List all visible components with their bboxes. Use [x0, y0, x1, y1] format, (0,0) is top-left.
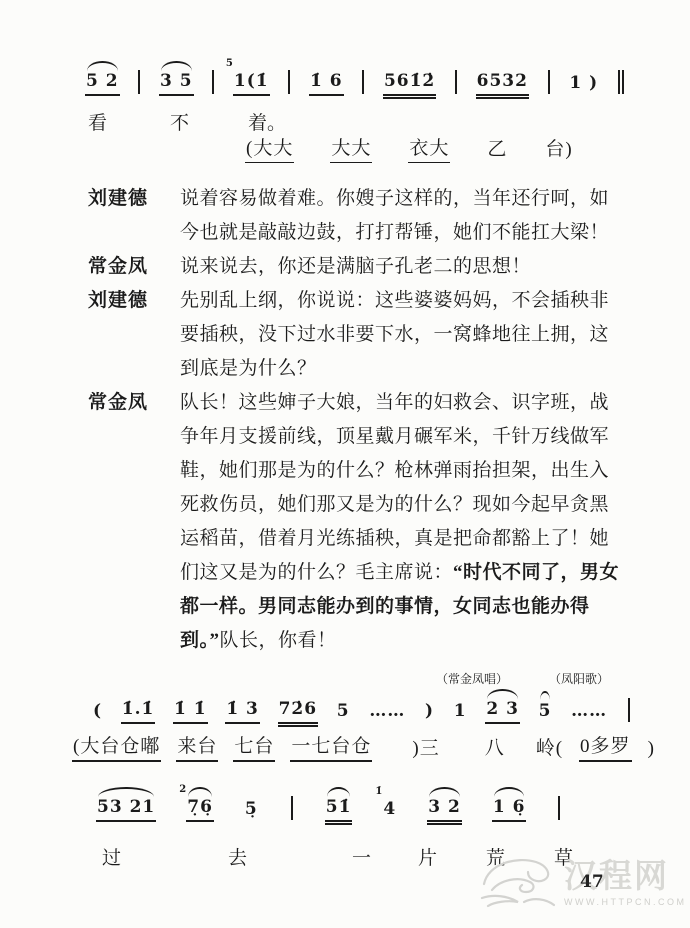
barline: [212, 70, 214, 94]
dialogue-segment-bold: 到。”: [180, 630, 220, 651]
note-group: 72̇6: [278, 700, 319, 724]
percussion-syllable: )三: [411, 738, 440, 762]
lyric-syllable: 看: [88, 108, 107, 135]
note-group: 1 6̣: [492, 798, 527, 822]
note-group: ……: [368, 702, 406, 724]
dialogue-segment: 运稻苗，借着月光练插秧，真是把命都豁上了！她: [180, 528, 609, 549]
dialogue-segment: 队长！这些婶子大娘，当年的妇救会、识字班，战: [180, 392, 609, 413]
lyric-syllable: 着。: [248, 108, 286, 135]
speaker-name: 刘建德: [88, 284, 180, 386]
percussion-syllable: 一七台仓: [290, 736, 372, 762]
note-group: 3 5: [159, 72, 194, 96]
percussion-syllable: 来台: [176, 736, 218, 762]
barline: [618, 70, 620, 94]
percussion-syllable: 0多罗: [579, 736, 632, 762]
music-line-top: 5 23 551(1̇1̇ 6561̇2̇65321 ): [85, 64, 622, 96]
dialogue-segment: 先别乱上纲，你说说：这些婆婆妈妈，不会插秧非: [180, 290, 609, 311]
music-line-bottom-2: 53 2127̣6̣5̣51̇1̇43 21 6̣: [96, 790, 562, 822]
note-group: 5 2: [85, 72, 120, 96]
page-number: 47: [580, 872, 604, 892]
percussion-syllable: 台): [544, 139, 573, 163]
note-group: 561̇2̇: [383, 72, 436, 96]
speech-text: 说着容易做着难。你嫂子这样的，当年还行呵，如今也就是敲敲边鼓，打打帮锤，她们不能…: [180, 182, 640, 250]
dialogue-segment: 说来说去，你还是满脑子孔老二的思想！: [180, 256, 531, 277]
lyric-syllable: 不: [170, 108, 189, 135]
dialogue-line: 到底是为什么？: [180, 352, 640, 386]
dialogue-line: 争年月支援前线，顶星戴月碾军米，千针万线做军: [180, 420, 640, 454]
dialogue-line: 说来说去，你还是满脑子孔老二的思想！: [180, 250, 640, 284]
percussion-syllable: 岭(: [535, 738, 564, 762]
barline: [455, 70, 457, 94]
barline: [138, 70, 140, 94]
dialogue-segment: 队长，你看！: [220, 630, 337, 651]
speaker-name: 常金凤: [88, 386, 180, 658]
dialogue-segment-bold: 都一样。男同志能办到的事情，女同志也能办得: [180, 596, 590, 617]
note-group: ): [424, 702, 435, 724]
percussion-syllable: 八: [484, 738, 506, 762]
speech-text: 先别乱上纲，你说说：这些婆婆妈妈，不会插秧非要插秧，没下过水非要下水，一窝蜂地往…: [180, 284, 640, 386]
music-line-bottom-1: (1̇.1̇1̇ 1̇1̇ 372̇65……)12 35……: [92, 692, 632, 724]
percussion-syllable: 衣大: [408, 138, 450, 163]
lyric-syllable: 一: [352, 843, 371, 870]
dialogue-segment: 到底是为什么？: [180, 358, 317, 379]
dialogue-segment: 今也就是敲敲边鼓，打打帮锤，她们不能扛大梁！: [180, 222, 609, 243]
speech: 常金凤说来说去，你还是满脑子孔老二的思想！: [88, 250, 640, 284]
note-group: 6532: [476, 72, 529, 96]
note-group: (: [92, 702, 103, 724]
note-group: 1̇4: [382, 800, 397, 822]
dialogue-line: 都一样。男同志能办到的事情，女同志也能办得: [180, 590, 640, 624]
dialogue-segment-bold: “时代不同了，男女: [453, 562, 619, 583]
percussion-syllable: ): [647, 738, 656, 762]
percussion-syllable: 大大: [330, 138, 372, 163]
barline: [288, 70, 290, 94]
note-group: 53 21: [96, 798, 156, 822]
barline: [628, 698, 630, 722]
speaker-name: 常金凤: [88, 250, 180, 284]
grace-note: 5: [226, 58, 233, 70]
speech-text: 说来说去，你还是满脑子孔老二的思想！: [180, 250, 640, 284]
grace-note: 2: [179, 784, 186, 796]
dialogue-segment: 要插秧，没下过水非要下水，一窝蜂地往上拥，这: [180, 324, 609, 345]
dialogue-segment: 鞋，她们那是为的什么？枪林弹雨抬担架，出生入: [180, 460, 609, 481]
note-group: 5̣: [244, 800, 259, 822]
score-page: 5 23 551(1̇1̇ 6561̇2̇65321 ) 看不着。 (大大大大衣…: [0, 0, 690, 928]
grace-note: 1̇: [375, 786, 382, 798]
note-group: 3 2: [427, 798, 462, 822]
dialogue-segment: 死救伤员，她们那又是为的什么？现如今起早贪黑: [180, 494, 609, 515]
singer-label: （常金凤唱）: [436, 670, 508, 687]
note-group: 1: [453, 702, 468, 724]
note-group: 2 3: [485, 700, 520, 724]
dialogue-line: 要插秧，没下过水非要下水，一窝蜂地往上拥，这: [180, 318, 640, 352]
note-group: ……: [570, 702, 608, 724]
dialogue-segment: 争年月支援前线，顶星戴月碾军米，千针万线做军: [180, 426, 609, 447]
note-group: 27̣6̣: [186, 798, 214, 822]
lyric-syllable: 过: [102, 843, 121, 870]
speech-text: 队长！这些婶子大娘，当年的妇救会、识字班，战争年月支援前线，顶星戴月碾军米，千针…: [180, 386, 640, 658]
speaker-name: 刘建德: [88, 182, 180, 250]
lyric-syllable: 去: [228, 843, 247, 870]
percussion-syllable: (大大: [245, 138, 294, 163]
percussion-line-top: (大大大大衣大乙台): [245, 138, 574, 163]
lyric-syllable: 片: [418, 843, 437, 870]
speech: 常金凤队长！这些婶子大娘，当年的妇救会、识字班，战争年月支援前线，顶星戴月碾军米…: [88, 386, 640, 658]
dragon-logo-icon: [478, 850, 562, 917]
dialogue-section: 刘建德说着容易做着难。你嫂子这样的，当年还行呵，如今也就是敲敲边鼓，打打帮锤，她…: [88, 182, 640, 658]
note-group: 1̇ 3: [225, 700, 260, 724]
note-group: 5: [538, 702, 553, 724]
dialogue-line: 运稻苗，借着月光练插秧，真是把命都豁上了！她: [180, 522, 640, 556]
dialogue-segment: 们这又是为的什么？毛主席说：: [180, 562, 453, 583]
note-group: 1 ): [568, 74, 599, 96]
note-group: 51̇: [325, 798, 353, 822]
note-group: 51(1̇: [233, 72, 270, 96]
percussion-syllable: 乙: [486, 139, 508, 163]
dialogue-line: 鞋，她们那是为的什么？枪林弹雨抬担架，出生入: [180, 454, 640, 488]
barline: [291, 796, 293, 820]
tune-label: （凤阳歌）: [549, 670, 609, 687]
dialogue-line: 到。”队长，你看！: [180, 624, 640, 658]
dialogue-line: 今也就是敲敲边鼓，打打帮锤，她们不能扛大梁！: [180, 216, 640, 250]
note-group: 1̇.1̇: [121, 700, 156, 724]
barline: [548, 70, 550, 94]
speech: 刘建德说着容易做着难。你嫂子这样的，当年还行呵，如今也就是敲敲边鼓，打打帮锤，她…: [88, 182, 640, 250]
dialogue-line: 说着容易做着难。你嫂子这样的，当年还行呵，如: [180, 182, 640, 216]
dialogue-line: 先别乱上纲，你说说：这些婆婆妈妈，不会插秧非: [180, 284, 640, 318]
speech: 刘建德先别乱上纲，你说说：这些婆婆妈妈，不会插秧非要插秧，没下过水非要下水，一窝…: [88, 284, 640, 386]
percussion-syllable: (大台仓嘟: [72, 736, 161, 762]
percussion-line-bottom: (大台仓嘟来台七台一七台仓)三八岭(0多罗): [72, 736, 656, 762]
dialogue-line: 队长！这些婶子大娘，当年的妇救会、识字班，战: [180, 386, 640, 420]
watermark-site-url: WWW.HTTPCN.COM: [564, 897, 686, 907]
barline: [558, 796, 560, 820]
note-group: 5: [336, 702, 351, 724]
dialogue-segment: 说着容易做着难。你嫂子这样的，当年还行呵，如: [180, 188, 609, 209]
barline: [362, 70, 364, 94]
note-group: 1̇ 6: [309, 72, 344, 96]
dialogue-line: 死救伤员，她们那又是为的什么？现如今起早贪黑: [180, 488, 640, 522]
percussion-syllable: 七台: [233, 736, 275, 762]
dialogue-line: 们这又是为的什么？毛主席说：“时代不同了，男女: [180, 556, 640, 590]
note-group: 1̇ 1̇: [173, 700, 208, 724]
